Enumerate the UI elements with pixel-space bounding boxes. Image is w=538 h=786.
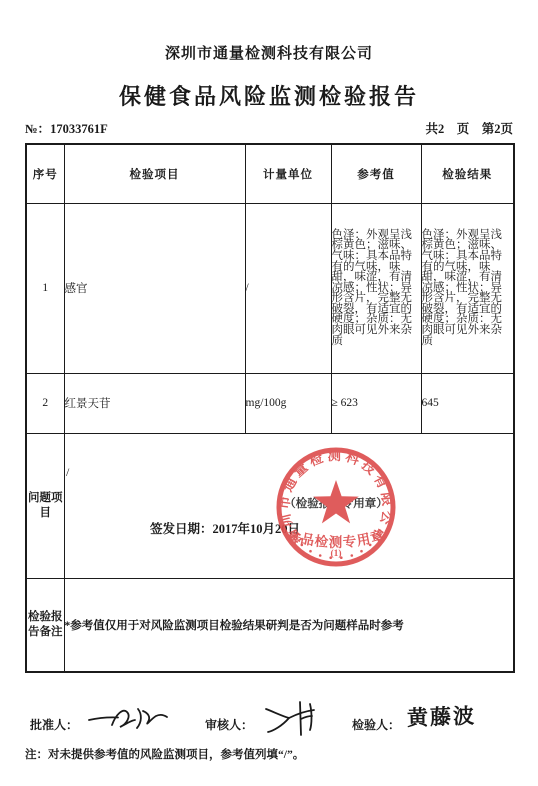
col-header-reference: 参考值 bbox=[331, 144, 421, 203]
svg-text:食品检测专用章: 食品检测专用章 bbox=[285, 526, 387, 550]
inspector-label: 检验人： bbox=[352, 716, 400, 733]
table-row: 1 感官 / 色泽：外观呈浅棕黄色；滋味、气味：具本品特有的气味，味甜，味涩，有… bbox=[26, 203, 514, 373]
reviewer-signature bbox=[262, 699, 324, 739]
row1-reference: 色泽：外观呈浅棕黄色；滋味、气味：具本品特有的气味，味甜，味涩，有清凉感；性状：… bbox=[331, 203, 421, 373]
row2-unit: mg/100g bbox=[245, 373, 331, 433]
stamp-star-icon bbox=[313, 480, 359, 523]
row2-reference: ≥ 623 bbox=[331, 373, 421, 433]
reviewer-label: 审核人： bbox=[205, 716, 253, 733]
report-number: №：17033761F bbox=[25, 119, 108, 137]
row1-item: 感官 bbox=[64, 203, 245, 373]
row2-result: 645 bbox=[421, 373, 514, 433]
col-header-no: 序号 bbox=[26, 144, 64, 203]
pagination: 共2 页 第2页 bbox=[425, 119, 513, 137]
col-header-unit: 计量单位 bbox=[245, 144, 331, 203]
table-header-row: 序号 检验项目 计量单位 参考值 检验结果 bbox=[26, 144, 514, 203]
approver-label: 批准人： bbox=[30, 716, 78, 733]
col-header-item: 检验项目 bbox=[64, 144, 245, 203]
row1-result: 色泽：外观呈浅棕黄色；滋味、气味：具本品特有的气味，味甜，味涩，有清凉感；性状：… bbox=[421, 203, 514, 373]
page-title: 保健食品风险监测检验报告 bbox=[0, 80, 538, 111]
row2-no: 2 bbox=[26, 373, 64, 433]
approver-signature bbox=[88, 704, 170, 736]
stamp-bottom-text: 食品检测专用章 bbox=[285, 526, 387, 550]
col-header-result: 检验结果 bbox=[421, 144, 514, 203]
row2-item: 红景天苷 bbox=[64, 373, 245, 433]
inspection-table: 序号 检验项目 计量单位 参考值 检验结果 1 感官 / 色泽：外观呈浅棕黄色；… bbox=[25, 143, 515, 673]
company-stamp: 深圳市通量检测科技有限公司 （检验报告专用章） 食品检测专用章 (1) bbox=[260, 431, 412, 583]
row1-no: 1 bbox=[26, 203, 64, 373]
report-number-row: №：17033761F 共2 页 第2页 bbox=[25, 119, 513, 137]
stamp-number: (1) bbox=[330, 548, 341, 559]
remark-row: 检验报告备注 *参考值仅用于对风险监测项目检验结果研判是否为问题样品时参考 bbox=[26, 578, 514, 672]
company-title: 深圳市通量检测科技有限公司 bbox=[0, 42, 538, 63]
inspector-signature: 黄藤波 bbox=[406, 700, 476, 732]
remark-label: 检验报告备注 bbox=[26, 578, 64, 672]
problem-items-label: 问题项目 bbox=[26, 433, 64, 578]
problem-items-value: / bbox=[66, 465, 69, 480]
remark-text: *参考值仅用于对风险监测项目检验结果研判是否为问题样品时参考 bbox=[64, 578, 514, 672]
row1-unit: / bbox=[245, 203, 331, 373]
table-row: 2 红景天苷 mg/100g ≥ 623 645 bbox=[26, 373, 514, 433]
footer-note: 注：对未提供参考值的风险监测项目，参考值列填“/”。 bbox=[25, 746, 304, 762]
